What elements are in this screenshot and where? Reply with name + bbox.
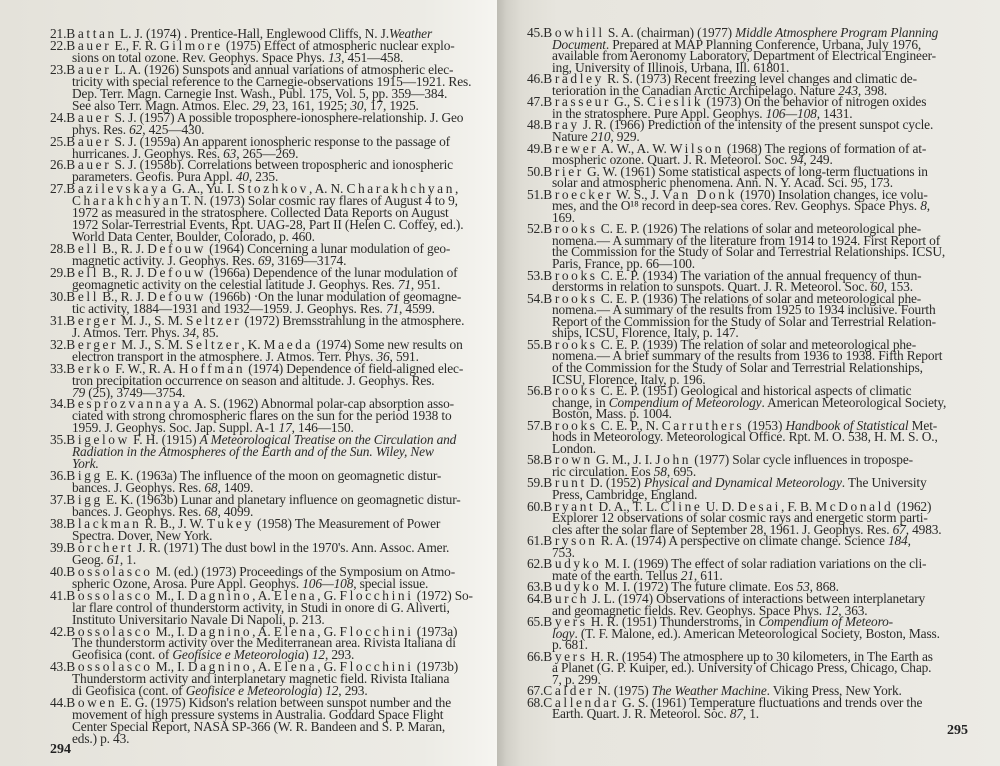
- reference-number: 24.: [50, 110, 66, 125]
- reference-number: 48.: [527, 117, 543, 132]
- reference-number: 34.: [50, 396, 66, 411]
- reference-number: 31.: [50, 313, 66, 328]
- reference-text: (1958) The Measurement of Power: [254, 516, 440, 531]
- reference-text: . (T. F. Malone, ed.). American Meteorol…: [574, 626, 939, 641]
- reference-text: a Planet (G. P. Kuiper, ed.). University…: [552, 660, 931, 675]
- reference-number: 43.: [50, 659, 66, 674]
- reference-number: 26.: [50, 157, 66, 172]
- reference-number: 39.: [50, 540, 66, 555]
- reference-number: 35.: [50, 432, 66, 447]
- reference-number: 36.: [50, 468, 66, 483]
- italic-text: 87: [730, 706, 743, 721]
- reference-number: 28.: [50, 241, 66, 256]
- left-page-number: 294: [50, 742, 71, 758]
- reference-number: 46.: [527, 71, 543, 86]
- reference-text: ,: [927, 198, 930, 213]
- reference-number: 29.: [50, 265, 66, 280]
- reference-number: 44.: [50, 695, 66, 710]
- reference-number: 50.: [527, 164, 543, 179]
- reference-number: 41.: [50, 588, 66, 603]
- reference-number: 40.: [50, 564, 66, 579]
- reference-line: a Planet (G. P. Kuiper, ed.). University…: [552, 660, 931, 675]
- reference-line: mes, and the O¹⁸ record in deep-sea core…: [552, 198, 930, 213]
- reference-line: eds.) p. 43.: [72, 731, 129, 746]
- right-page-number: 295: [947, 723, 968, 739]
- reference-number: 47.: [527, 94, 543, 109]
- reference-number: 32.: [50, 337, 66, 352]
- reference-number: 23.: [50, 62, 66, 77]
- reference-text: R. A. (1974) A perspective on climate ch…: [598, 533, 888, 548]
- reference-number: 49.: [527, 141, 543, 156]
- reference-line: Earth. Quart. J. R. Meteorol. Soc. 87, 1…: [552, 706, 759, 721]
- reference-number: 57.: [527, 418, 543, 433]
- reference-line: logy. (T. F. Malone, ed.). American Mete…: [552, 626, 940, 641]
- italic-text: 184: [888, 533, 908, 548]
- reference-number: 25.: [50, 134, 66, 149]
- reference-number: 68.: [527, 695, 543, 710]
- reference-number: 56.: [527, 383, 543, 398]
- reference-text: (1972) Bremsstrahlung in the atmosphere.: [241, 313, 464, 328]
- reference-text: ,: [908, 533, 911, 548]
- reference-text: , 4983.: [906, 522, 942, 537]
- reference-number: 22.: [50, 38, 66, 53]
- reference-number: 59.: [527, 475, 543, 490]
- reference-number: 42.: [50, 624, 66, 639]
- reference-number: 61.: [527, 533, 543, 548]
- reference-entry-start: 61. Bryson R. A. (1974) A perspective on…: [527, 533, 911, 548]
- reference-number: 37.: [50, 492, 66, 507]
- reference-number: 60.: [527, 499, 543, 514]
- reference-text: , 1.: [743, 706, 759, 721]
- reference-number: 33.: [50, 361, 66, 376]
- reference-text: mes, and the O¹⁸ record in deep-sea core…: [552, 198, 920, 213]
- reference-number: 27.: [50, 181, 66, 196]
- reference-line: hods in Meteorology. Meteorological Offi…: [552, 429, 938, 444]
- reference-number: 38.: [50, 516, 66, 531]
- italic-text: Radiation in the Atmospheres of the Eart…: [72, 444, 434, 459]
- reference-text: . The University: [842, 475, 927, 490]
- reference-text: eds.) p. 43.: [72, 731, 129, 746]
- reference-text: . American Meteorological Society,: [761, 395, 946, 410]
- reference-number: 52.: [527, 221, 543, 236]
- reference-number: 30.: [50, 289, 66, 304]
- reference-text: hods in Meteorology. Meteorological Offi…: [552, 429, 938, 444]
- author-name: Tukey: [207, 516, 254, 531]
- reference-number: 53.: [527, 268, 543, 283]
- reference-text: J. R. (1971) The dust bowl in the 1970's…: [134, 540, 449, 555]
- reference-number: 55.: [527, 337, 543, 352]
- reference-text: (1977) Solar cycle influences in troposp…: [691, 452, 913, 467]
- reference-number: 51.: [527, 187, 543, 202]
- reference-number: 58.: [527, 452, 543, 467]
- reference-number: 66.: [527, 649, 543, 664]
- reference-number: 45.: [527, 25, 543, 40]
- book-spread: 21. Battan L. J. (1974) . Prentice-Hall,…: [0, 0, 1000, 766]
- reference-text: Earth. Quart. J. R. Meteorol. Soc.: [552, 706, 730, 721]
- reference-number: 65.: [527, 614, 543, 629]
- reference-number: 54.: [527, 291, 543, 306]
- reference-number: 62.: [527, 556, 543, 571]
- reference-line: Radiation in the Atmospheres of the Eart…: [72, 444, 434, 459]
- reference-number: 64.: [527, 591, 543, 606]
